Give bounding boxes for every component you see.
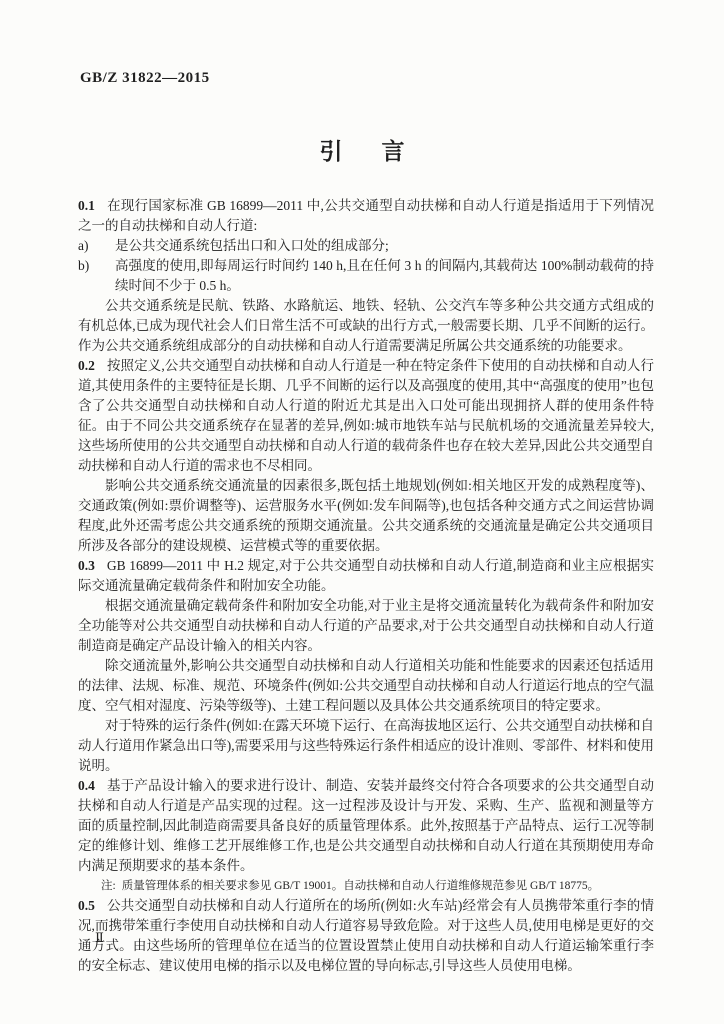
section-number: 0.3 xyxy=(78,558,95,573)
list-item-text: 高强度的使用,即每周运行时间约 140 h,且在任何 3 h 的间隔内,其载荷达… xyxy=(115,256,654,296)
note-line: 注:质量管理体系的相关要求参见 GB/T 19001。自动扶梯和自动人行道维修规… xyxy=(78,876,654,896)
section-text: 基于产品设计输入的要求进行设计、制造、安装并最终交付符合各项要求的公共交通型自动… xyxy=(78,778,654,873)
standard-number: GB/Z 31822—2015 xyxy=(80,70,210,87)
section-0-2: 0.2按照定义,公共交通型自动扶梯和自动人行道是一种在特定条件下使用的自动扶梯和… xyxy=(78,356,654,476)
section-number: 0.1 xyxy=(78,198,95,213)
list-marker: a) xyxy=(78,236,115,256)
page-number: Ⅱ xyxy=(95,930,104,946)
page-title-text: 引言 xyxy=(280,139,443,164)
section-0-4: 0.4基于产品设计输入的要求进行设计、制造、安装并最终交付符合各项要求的公共交通… xyxy=(78,776,654,876)
note-text: 质量管理体系的相关要求参见 GB/T 19001。自动扶梯和自动人行道维修规范参… xyxy=(122,880,599,892)
list-item-text: 是公共交通系统包括出口和入口处的组成部分; xyxy=(115,236,654,256)
section-text: GB 16899—2011 中 H.2 规定,对于公共交通型自动扶梯和自动人行道… xyxy=(78,558,654,593)
section-text: 按照定义,公共交通型自动扶梯和自动人行道是一种在特定条件下使用的自动扶梯和自动人… xyxy=(78,358,654,473)
note-label: 注: xyxy=(101,880,116,892)
paragraph: 影响公共交通系统交通流量的因素很多,既包括土地规划(例如:相关地区开发的成熟程度… xyxy=(78,476,654,556)
paragraph: 公共交通系统是民航、铁路、水路航运、地铁、轻轨、公交汽车等多种公共交通方式组成的… xyxy=(78,296,654,356)
section-number: 0.4 xyxy=(78,778,95,793)
paragraph: 根据交通流量确定载荷条件和附加安全功能,对于业主是将交通流量转化为载荷条件和附加… xyxy=(78,596,654,656)
section-0-3: 0.3GB 16899—2011 中 H.2 规定,对于公共交通型自动扶梯和自动… xyxy=(78,556,654,596)
document-page: GB/Z 31822—2015 引言 0.1在现行国家标准 GB 16899—2… xyxy=(0,0,724,1024)
section-0-1: 0.1在现行国家标准 GB 16899—2011 中,公共交通型自动扶梯和自动人… xyxy=(78,196,654,236)
section-number: 0.2 xyxy=(78,358,95,373)
list-item-b: b) 高强度的使用,即每周运行时间约 140 h,且在任何 3 h 的间隔内,其… xyxy=(78,256,654,296)
section-text: 公共交通型自动扶梯和自动人行道所在的场所(例如:火车站)经常会有人员携带笨重行李… xyxy=(78,898,654,973)
document-body: 0.1在现行国家标准 GB 16899—2011 中,公共交通型自动扶梯和自动人… xyxy=(78,196,654,976)
paragraph: 除交通流量外,影响公共交通型自动扶梯和自动人行道相关功能和性能要求的因素还包括适… xyxy=(78,656,654,716)
section-0-5: 0.5公共交通型自动扶梯和自动人行道所在的场所(例如:火车站)经常会有人员携带笨… xyxy=(78,896,654,976)
page-title: 引言 xyxy=(0,133,724,166)
list-item-a: a) 是公共交通系统包括出口和入口处的组成部分; xyxy=(78,236,654,256)
paragraph: 对于特殊的运行条件(例如:在露天环境下运行、在高海拔地区运行、公共交通型自动扶梯… xyxy=(78,716,654,776)
section-text: 在现行国家标准 GB 16899—2011 中,公共交通型自动扶梯和自动人行道是… xyxy=(78,198,654,233)
list-marker: b) xyxy=(78,256,115,296)
section-number: 0.5 xyxy=(78,898,95,913)
